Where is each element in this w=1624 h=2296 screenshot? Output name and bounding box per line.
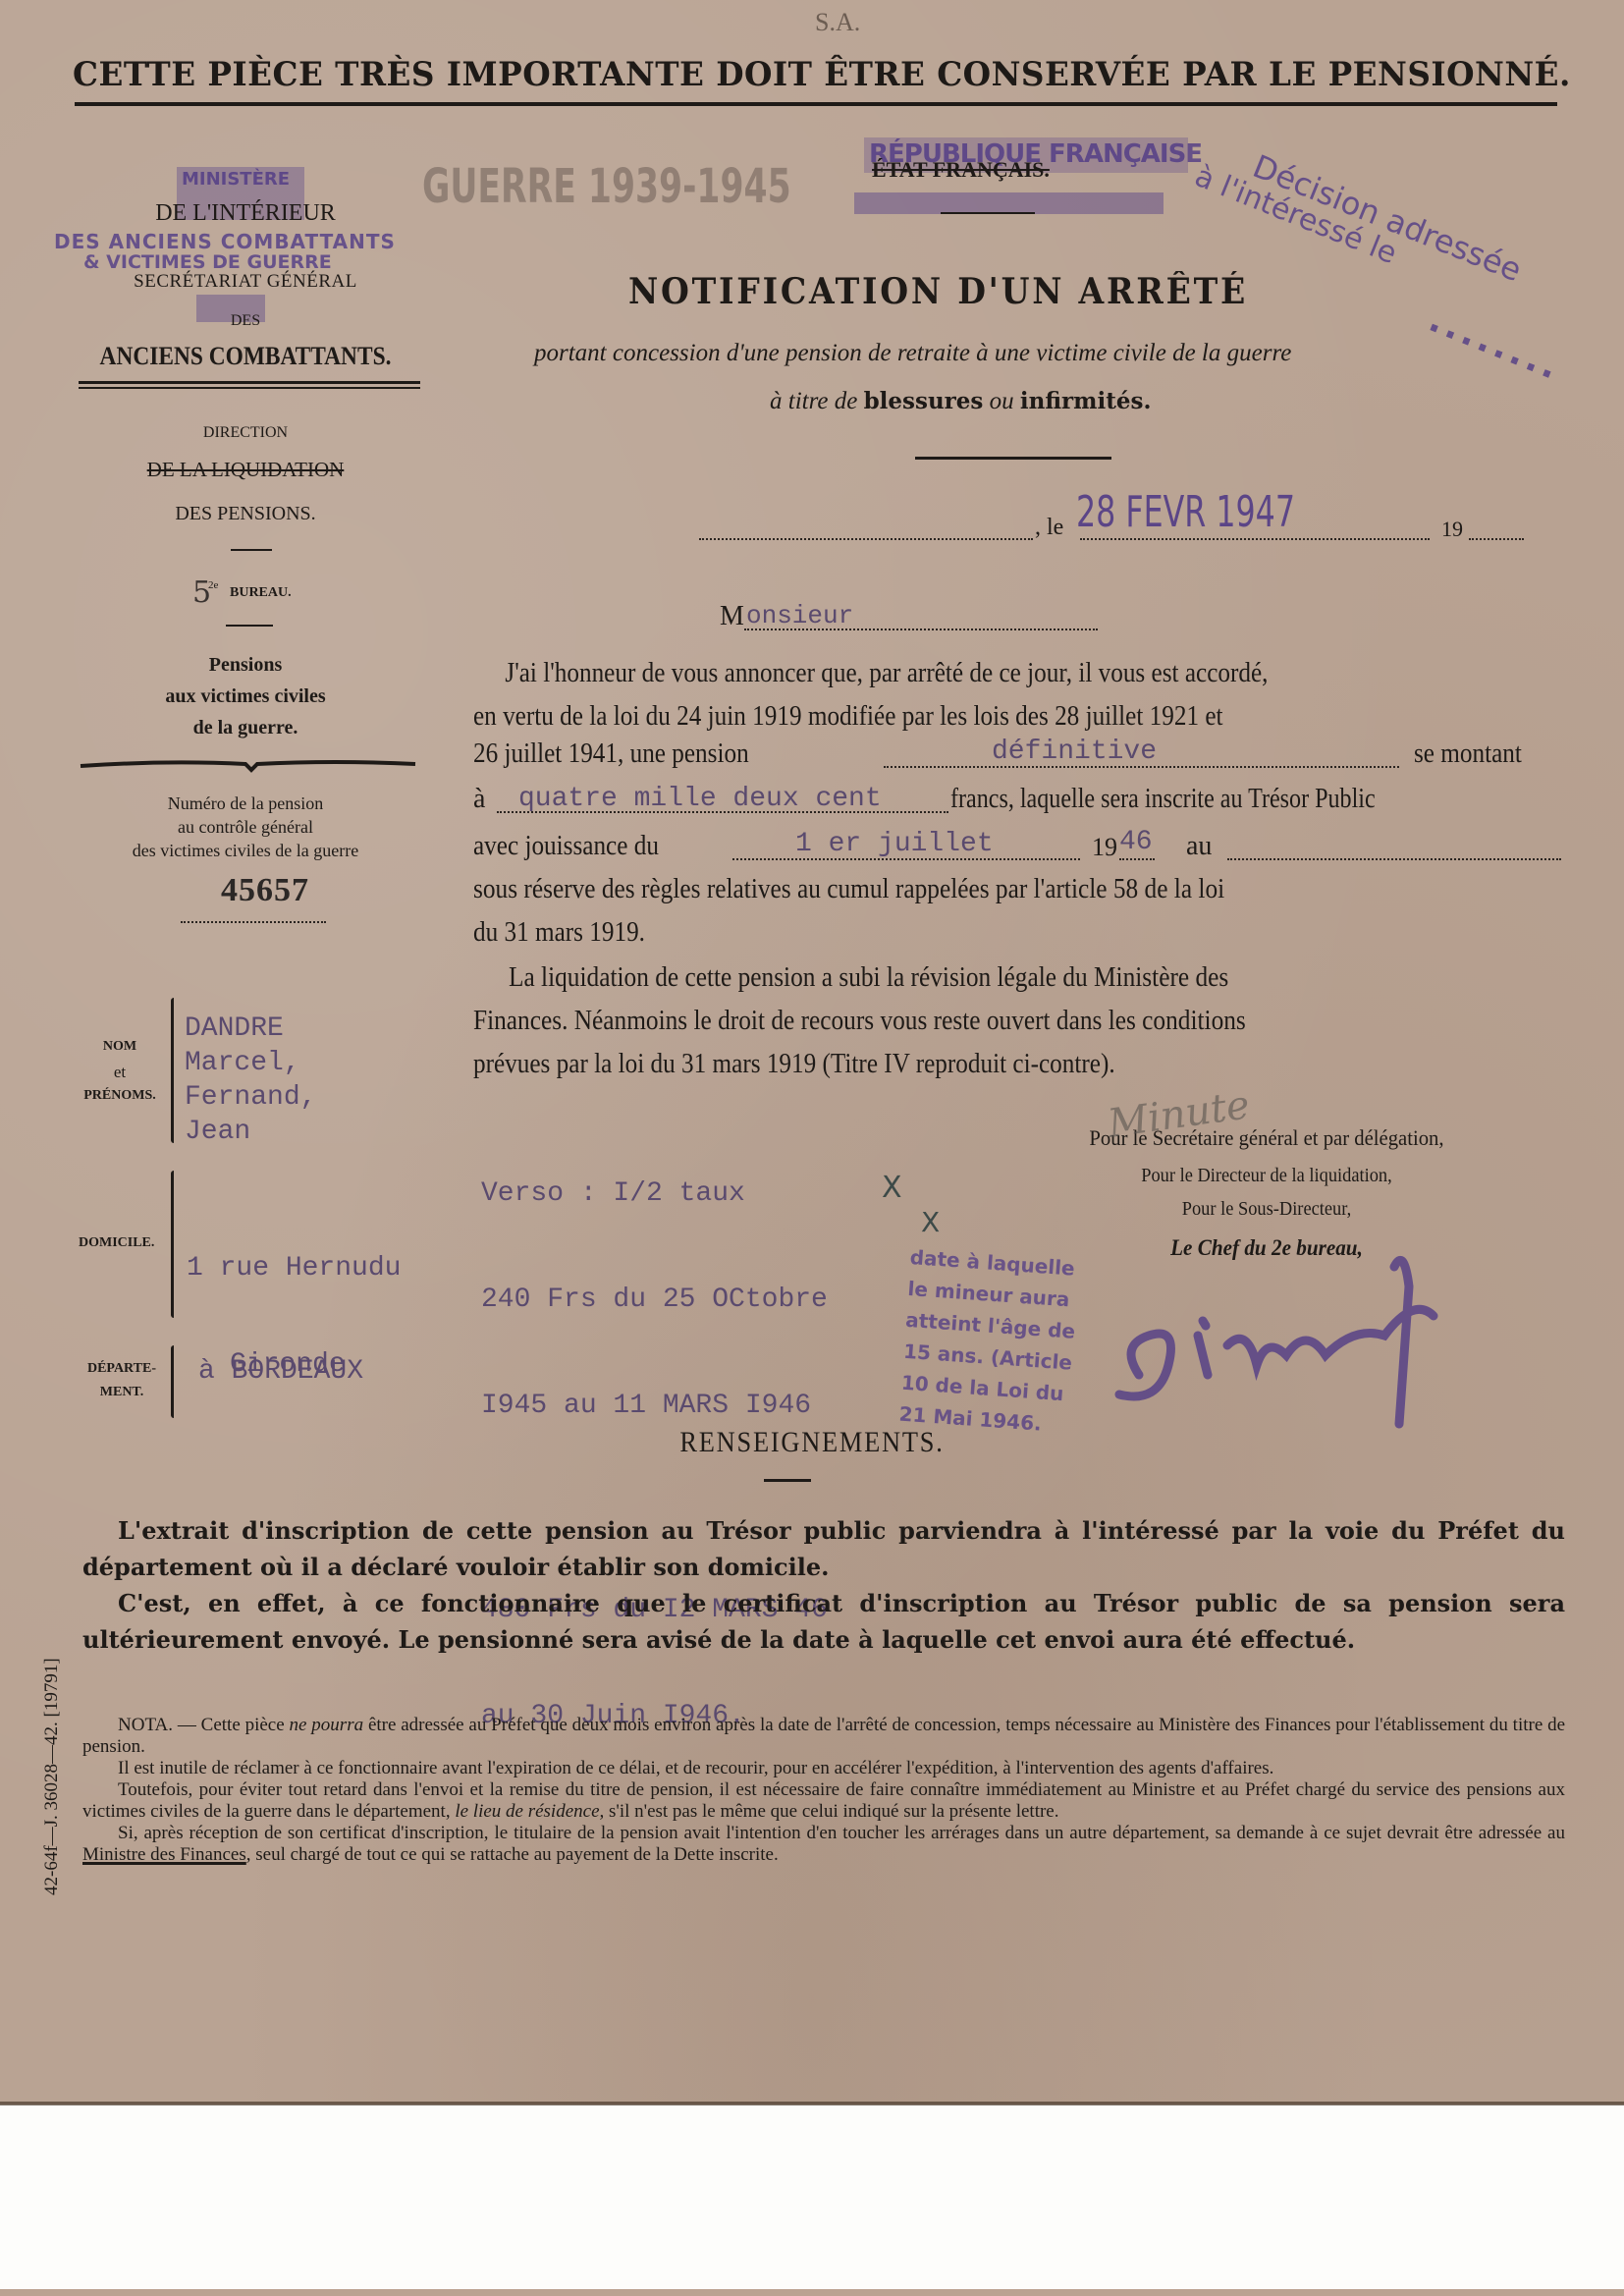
nom-prenoms-value: DANDRE Marcel, Fernand, Jean <box>185 1011 316 1149</box>
document-title: NOTIFICATION D'UN ARRÊTÉ <box>628 271 1248 312</box>
salutation-typed: onsieur <box>746 601 853 630</box>
stamp-minor-age: date à laquelle le mineur aura atteint l… <box>898 1241 1081 1442</box>
signature-line-1: Pour le Secrétaire général et par déléga… <box>952 1125 1580 1151</box>
letter-body: J'ai l'honneur de vous annoncer que, par… <box>473 652 1454 738</box>
pension-type-value: définitive <box>992 737 1157 767</box>
rule-renseignements <box>764 1479 811 1482</box>
verso-line: Verso : I/2 taux <box>481 1176 828 1212</box>
rule-etat <box>941 212 1035 214</box>
stamp-victimes-guerre: & VICTIMES DE GUERRE <box>83 251 417 273</box>
p1-line1: J'ai l'honneur de vous annoncer que, par… <box>473 652 1454 695</box>
section-title-2: aux victimes civiles <box>98 685 393 708</box>
p1-line7: du 31 mars 1919. <box>473 917 645 949</box>
nota-3-text-b: s'il n'est pas le même que celui indiqué… <box>609 1801 1058 1822</box>
date-stamp: 28 FEVR 1947 <box>1076 487 1295 537</box>
p1-line5-b: au <box>1186 831 1212 862</box>
nom-label-3: PRÉNOMS. <box>73 1088 167 1104</box>
departement-label-2: MENT. <box>75 1385 169 1400</box>
scan-bottom-strip <box>0 2289 1624 2296</box>
departement-value: Gironde <box>230 1349 346 1380</box>
pension-number-dotline <box>181 921 326 923</box>
subtitle-a-titre-de: à titre de <box>770 388 864 414</box>
p1-line6: sous réserve des règles relatives au cum… <box>473 874 1224 905</box>
jouissance-end-dotline <box>1227 858 1561 860</box>
anciens-combattants: ANCIENS COMBATTANTS. <box>86 342 405 371</box>
prenom-line: Marcel, <box>185 1046 316 1080</box>
subtitle-infirmites: infirmités. <box>1020 388 1152 414</box>
section-title-1: Pensions <box>98 654 393 677</box>
etat-francais-struck: ÉTAT FRANÇAIS. <box>872 157 1050 183</box>
subtitle-blessures: blessures <box>864 388 984 414</box>
p1-line4-a: à <box>473 784 485 815</box>
p1-line4-b: francs, laquelle sera inscrite au Trésor… <box>950 784 1376 815</box>
rule-short-1 <box>231 549 272 551</box>
liquidation-struck: DE LA LIQUIDATION <box>98 458 393 482</box>
date-prefix: , le <box>1035 515 1063 541</box>
bureau-label: BUREAU. <box>230 585 292 601</box>
printer-mark: 42-64f—J. 36028—42. [19791] <box>41 1658 63 1895</box>
domicile-label: DOMICILE. <box>79 1235 154 1251</box>
nota-1-text-a: Cette pièce <box>201 1715 285 1735</box>
date-dotline <box>1080 538 1430 540</box>
p2-line2: Finances. Néanmoins le droit de recours … <box>473 1006 1246 1037</box>
subtitle-ou: ou <box>983 388 1020 414</box>
p1-line3-b: se montant <box>1414 738 1522 770</box>
jouissance-year-prefix: 19 <box>1092 833 1117 862</box>
nota-1-emphasis: ne pourra <box>290 1715 364 1735</box>
rule-double-1 <box>79 381 420 384</box>
nota-paragraph-4: Si, après réception de son certificat d'… <box>82 1823 1565 1866</box>
nota-3-emphasis: le lieu de résidence, <box>455 1801 604 1822</box>
nom-label-2: et <box>79 1063 161 1082</box>
stamp-anciens-combattants: DES ANCIENS COMBATTANTS <box>54 230 407 253</box>
departement-label-1: DÉPARTE- <box>75 1361 169 1377</box>
brace-domicile <box>171 1171 174 1318</box>
signature-line-2: Pour le Directeur de la liquidation, <box>959 1165 1574 1187</box>
verso-line: I945 au 11 MARS I946 <box>481 1389 828 1424</box>
paper-torn-edge <box>0 2102 1624 2105</box>
ornamental-rule <box>79 756 417 776</box>
nota-paragraph-3: Toutefois, pour éviter tout retard dans … <box>82 1779 1565 1823</box>
direction-label: DIRECTION <box>147 424 344 442</box>
signature-scribble <box>1100 1228 1492 1434</box>
nom-label-1: NOM <box>79 1039 161 1055</box>
verso-x-mark-1: X <box>882 1171 902 1205</box>
numero-label-1: Numéro de la pension <box>79 793 412 814</box>
p1-line2: en vertu de la loi du 24 juin 1919 modif… <box>473 695 1454 738</box>
renseignements-p2: C'est, en effet, à ce fonctionnaire que … <box>82 1585 1565 1658</box>
nom-line: DANDRE <box>185 1011 316 1046</box>
ministere-line: DE L'INTÉRIEUR <box>79 200 412 227</box>
p2-line1: La liquidation de cette pension a subi l… <box>509 962 1228 994</box>
domicile-value: 1 rue Hernudu à BORDEAUX <box>187 1182 401 1423</box>
nota-4-text-b: , seul chargé de tout ce qui se rattache… <box>246 1844 779 1865</box>
renseignements-p1: L'extrait d'inscription de cette pension… <box>82 1512 1565 1585</box>
signature-line-3: Pour le Sous-Directeur, <box>959 1198 1574 1221</box>
place-dotline <box>699 538 1033 540</box>
verso-line: 240 Frs du 25 OCtobre <box>481 1283 828 1318</box>
prenom-line: Jean <box>185 1115 316 1149</box>
banner-underline <box>75 102 1557 106</box>
section-title-3: de la guerre. <box>98 717 393 739</box>
nota-label: NOTA. — <box>118 1715 196 1735</box>
des-label: DES <box>196 312 295 330</box>
banner-warning: CETTE PIÈCE TRÈS IMPORTANTE DOIT ÊTRE CO… <box>73 55 1501 94</box>
nota-4-text-a: Si, après réception de son certificat d'… <box>118 1823 1565 1843</box>
stamp-strike-bar <box>854 192 1164 214</box>
jouissance-year-value: 46 <box>1119 827 1153 857</box>
pension-number: 45657 <box>177 872 353 909</box>
domicile-line: 1 rue Hernudu <box>187 1251 401 1285</box>
jouissance-date-value: 1 er juillet <box>795 829 994 859</box>
bureau-printed: 2e <box>208 579 218 591</box>
nota-paragraph-2: Il est inutile de réclamer à ce fonction… <box>82 1758 1565 1779</box>
year-dotline <box>1469 538 1524 540</box>
brace-nom <box>171 998 174 1143</box>
p2-line3: prévues par la loi du 31 mars 1919 (Titr… <box>473 1049 1115 1080</box>
nota-section: NOTA. — Cette pièce ne pourra être adres… <box>82 1715 1565 1866</box>
brace-departement <box>171 1345 174 1418</box>
nota-paragraph-1: NOTA. — Cette pièce ne pourra être adres… <box>82 1715 1565 1758</box>
amount-words-value: quatre mille deux cent <box>518 784 882 814</box>
salutation-m: M <box>720 601 744 632</box>
document-subtitle-2: à titre de blessures ou infirmités. <box>770 388 1151 415</box>
rule-short-2 <box>226 625 273 627</box>
p1-line5-a: avec jouissance du <box>473 831 659 862</box>
prenom-line: Fernand, <box>185 1080 316 1115</box>
nota-4-underlined: Ministre des Finances <box>82 1844 246 1865</box>
year-prefix: 19 <box>1441 517 1463 542</box>
stamp-guerre-1939-1945: GUERRE 1939-1945 <box>422 159 791 214</box>
des-pensions: DES PENSIONS. <box>118 503 373 525</box>
renseignements-title: RENSEIGNEMENTS. <box>596 1426 1028 1459</box>
rule-title <box>915 457 1111 460</box>
numero-label-3: des victimes civiles de la guerre <box>79 841 412 861</box>
year-value-dotline <box>1119 858 1155 860</box>
secretariat-general: SECRÉTARIAT GÉNÉRAL <box>98 271 393 293</box>
p1-line3-a: 26 juillet 1941, une pension <box>473 738 749 770</box>
top-mark: S.A. <box>815 8 860 37</box>
rule-double-2 <box>79 387 420 389</box>
stamp-ministere: MINISTÈRE <box>137 169 334 190</box>
numero-label-2: au contrôle général <box>79 817 412 838</box>
salutation-dotline <box>744 629 1098 630</box>
document-subtitle-1: portant concession d'une pension de retr… <box>534 340 1291 367</box>
verso-x-mark-2: X <box>921 1206 940 1238</box>
